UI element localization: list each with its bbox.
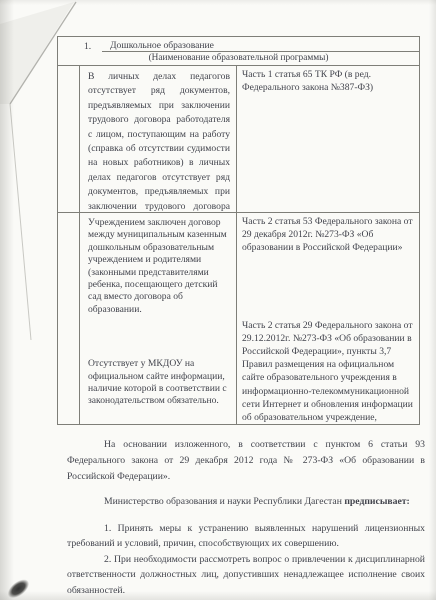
violation-cell: Учреждением заключен договор между муниц… xyxy=(80,213,237,424)
violation-text: Отсутствует у МКДОУ на официальном сайте… xyxy=(88,358,230,408)
program-title-line: Дошкольное образование xyxy=(102,40,419,52)
legal-basis-cell: Часть 1 статья 65 ТК РФ (в ред. Федераль… xyxy=(237,66,419,213)
legal-basis-text: Часть 2 статья 53 Федерального закона от… xyxy=(242,215,415,255)
letter-body: На основании изложенного, в соответствии… xyxy=(67,437,425,598)
legal-basis-text: Часть 2 статья 29 Федерального закона от… xyxy=(242,319,415,424)
directive-word: предписывает: xyxy=(344,496,409,507)
table-row: Учреждением заключен договор между муниц… xyxy=(58,213,419,424)
violation-cell: В личных делах педагогов отсутствует ряд… xyxy=(80,66,237,213)
legal-basis-text: Часть 1 статья 65 ТК РФ (в ред. Федераль… xyxy=(242,68,415,94)
ministry-directive-paragraph: Министерство образования и науки Республ… xyxy=(67,494,425,510)
violation-text: В личных делах педагогов отсутствует ряд… xyxy=(88,70,230,213)
row-number-cell xyxy=(58,213,80,424)
program-item-number: 1. xyxy=(58,41,102,52)
row-number-cell xyxy=(58,66,80,213)
directive-items: 1. Принять меры к устранению выявленных … xyxy=(67,521,425,599)
scanned-document-page: { "document": { "header": { "item_number… xyxy=(0,0,436,600)
ministry-name: Министерство образования и науки Республ… xyxy=(104,496,344,507)
legal-basis-cell: Часть 2 статья 53 Федерального закона от… xyxy=(237,213,419,424)
program-title: Дошкольное образование xyxy=(110,40,214,51)
violation-text: Учреждением заключен договор между муниц… xyxy=(88,217,230,316)
table-row: В личных делах педагогов отсутствует ряд… xyxy=(58,66,419,213)
table-header-row: 1. Дошкольное образование xyxy=(58,37,419,52)
program-caption: (Наименование образовательной программы) xyxy=(58,52,419,66)
directive-item-1: 1. Принять меры к устранению выявленных … xyxy=(67,521,425,552)
scan-smudge-artifact xyxy=(1,570,37,600)
legal-grounds-paragraph: На основании изложенного, в соответствии… xyxy=(67,437,425,485)
directive-item-2: 2. При необходимости рассмотреть вопрос … xyxy=(67,552,425,599)
violations-table: 1. Дошкольное образование (Наименование … xyxy=(57,36,420,425)
